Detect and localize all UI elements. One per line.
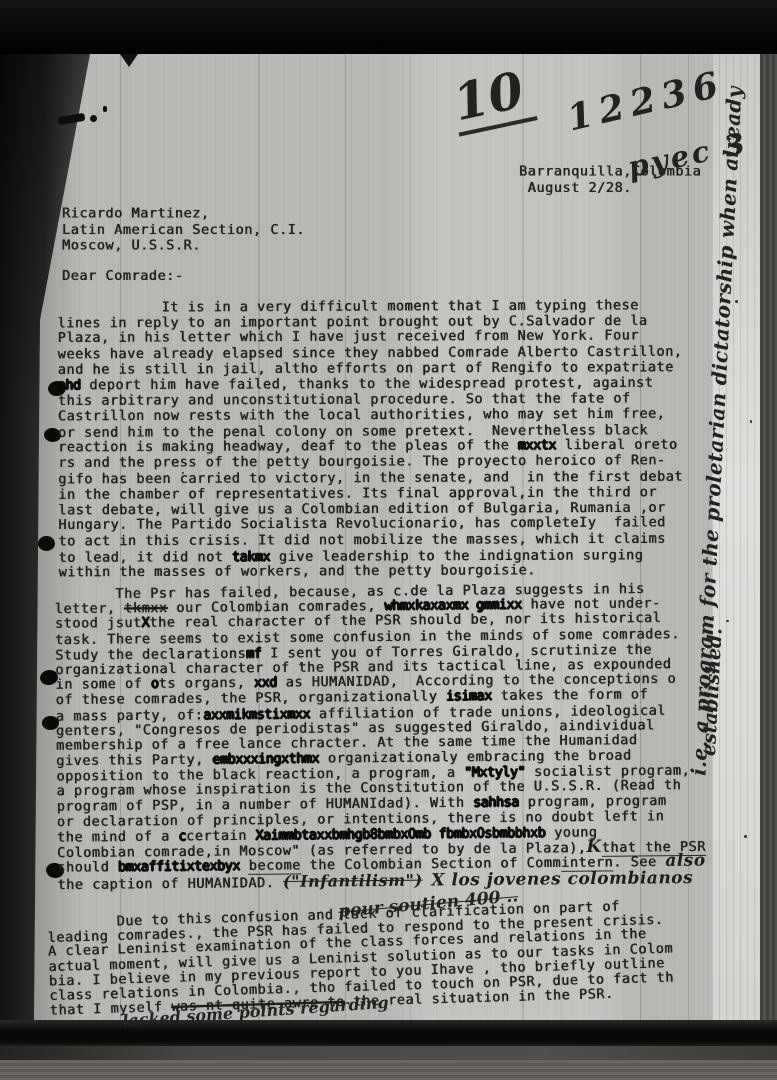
typed-line: Ricardo Martinez, xyxy=(62,206,305,223)
scan-bottom-gray-band xyxy=(0,1046,777,1060)
paragraph-2: The Psr has failed, because, as c.de la … xyxy=(55,581,707,891)
scan-bottom-wood-band xyxy=(0,1060,777,1080)
salutation: Dear Comrade:- xyxy=(62,268,184,284)
dust-speck xyxy=(744,835,747,838)
typed-line: Hungary. The Partido Socialista Revoluci… xyxy=(58,516,683,534)
typed-line: Moscow, U.S.S.R. xyxy=(62,238,305,255)
scan-top-band xyxy=(0,0,777,54)
typed-line: Plaza, in his letter which I have just r… xyxy=(58,328,683,346)
dust-speck xyxy=(726,620,729,622)
typed-line: this arbitrary and unconstitutional proc… xyxy=(58,391,683,409)
ink-blot xyxy=(103,106,107,112)
typed-line: to lead, it did not takmx give leadershi… xyxy=(58,548,683,566)
typed-line: or send him to the penal colony on some … xyxy=(58,423,683,441)
ink-blot xyxy=(90,115,97,122)
paragraph-1: It is in a very difficult moment that I … xyxy=(57,298,683,581)
scanned-letter-page: 10 12236 pyec 3 Barranquilla,Colombia Au… xyxy=(0,0,777,1080)
typed-line: Latin American Section, C.I. xyxy=(62,222,305,239)
typed-line: August 2/28. xyxy=(519,180,701,197)
typed-line: It is in a very difficult moment that I … xyxy=(57,298,682,316)
scan-bottom-black-band xyxy=(0,1020,777,1046)
typed-line: in the chamber of representatives. Its f… xyxy=(58,485,683,503)
dust-speck xyxy=(735,300,738,303)
punch-hole-dot xyxy=(38,536,55,551)
recipient-address: Ricardo Martinez,Latin American Section,… xyxy=(62,205,305,255)
dust-speck xyxy=(750,420,752,423)
typed-line: rs and the press of the petty bourgoisie… xyxy=(58,453,683,471)
scan-right-edge xyxy=(760,0,777,1080)
typed-line: and he is still in jail, altho efforts o… xyxy=(58,361,683,379)
